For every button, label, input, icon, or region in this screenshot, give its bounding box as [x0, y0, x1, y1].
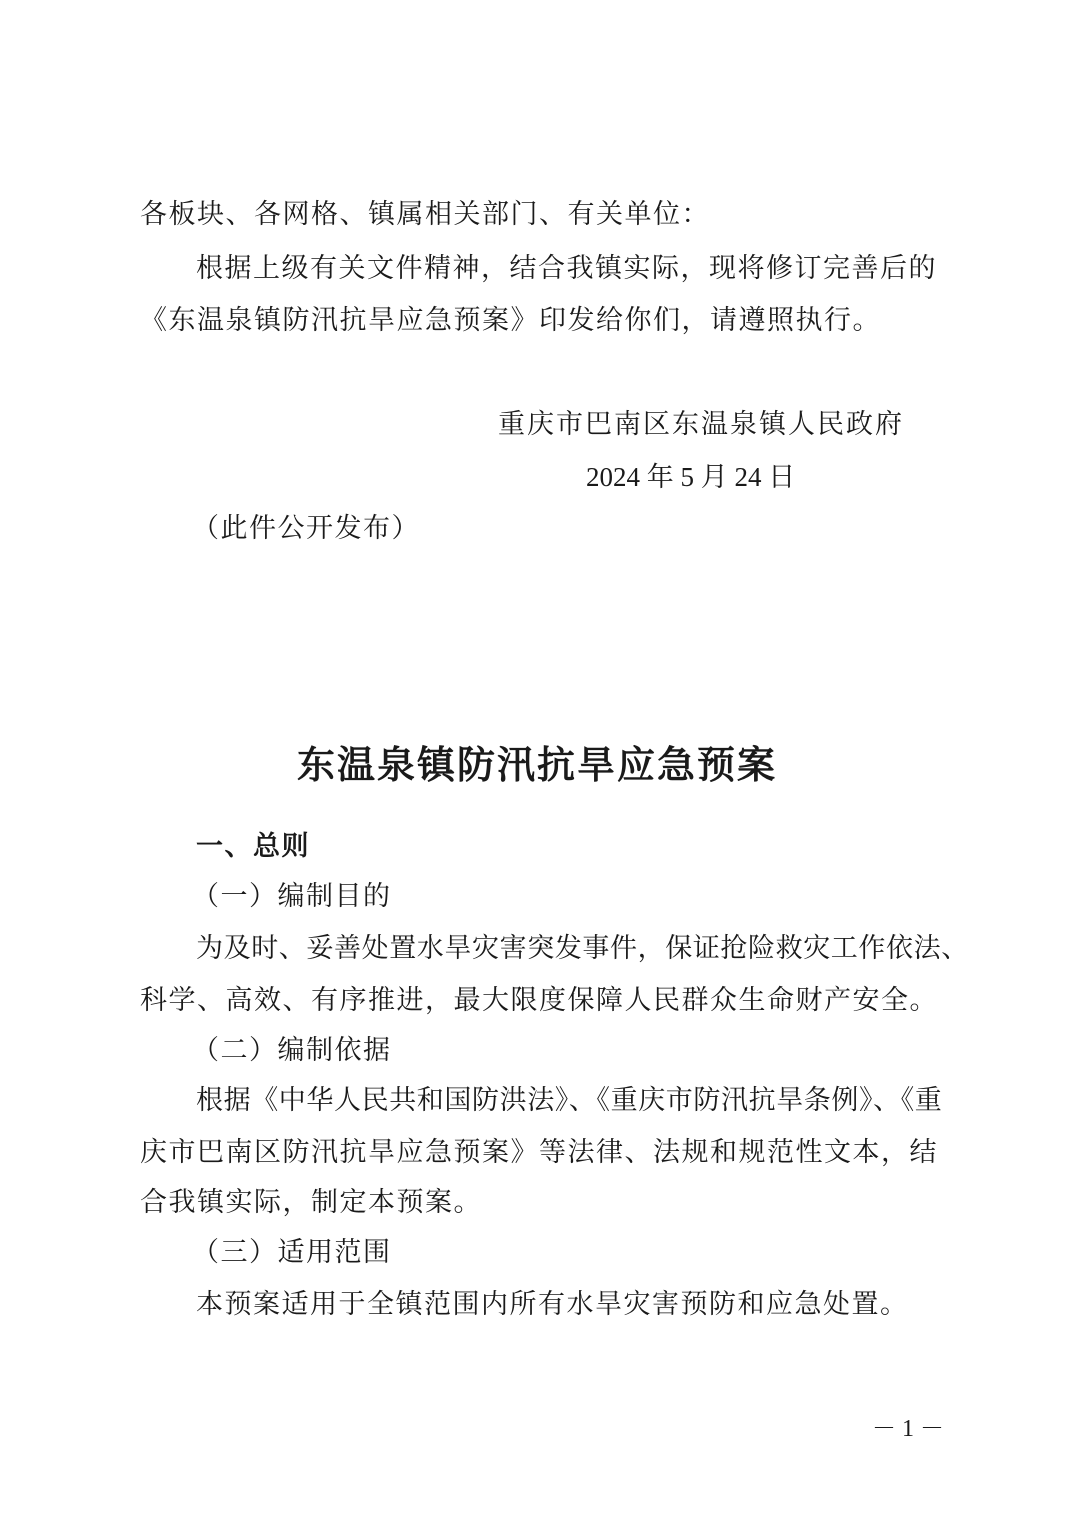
subsection-heading-basis: （二）编制依据: [192, 1034, 392, 1068]
notice-body-line-1: 根据上级有关文件精神，结合我镇实际，现将修订完善后的: [196, 252, 937, 286]
issue-date: 2024 年 5 月 24 日: [586, 460, 795, 494]
issuer-signature: 重庆市巴南区东温泉镇人民政府: [498, 408, 904, 442]
notice-body-line-2: 《东温泉镇防汛抗旱应急预案》印发给你们，请遵照执行。: [140, 304, 881, 338]
subsection-heading-scope: （三）适用范围: [192, 1236, 392, 1270]
section-heading-general: 一、总则: [196, 830, 310, 864]
subsection-heading-purpose: （一）编制目的: [192, 880, 392, 914]
document-title: 东温泉镇防汛抗旱应急预案: [0, 742, 1074, 788]
basis-line-2: 庆市巴南区防汛抗旱应急预案》等法律、法规和规范性文本，结: [140, 1136, 938, 1170]
page-number: － 1 －: [872, 1414, 944, 1444]
purpose-line-2: 科学、高效、有序推进，最大限度保障人民群众生命财产安全。: [140, 984, 938, 1018]
publication-note: （此件公开发布）: [192, 512, 420, 546]
scope-line-1: 本预案适用于全镇范围内所有水旱灾害预防和应急处置。: [196, 1288, 909, 1322]
basis-line-1: 根据《中华人民共和国防洪法》、《重庆市防汛抗旱条例》、《重: [196, 1084, 942, 1118]
basis-line-3: 合我镇实际，制定本预案。: [140, 1186, 482, 1220]
purpose-line-1: 为及时、妥善处置水旱灾害突发事件，保证抢险救灾工作依法、: [196, 932, 969, 966]
recipients-line: 各板块、各网格、镇属相关部门、有关单位：: [140, 198, 710, 232]
document-page: 各板块、各网格、镇属相关部门、有关单位： 根据上级有关文件精神，结合我镇实际，现…: [0, 0, 1074, 1520]
